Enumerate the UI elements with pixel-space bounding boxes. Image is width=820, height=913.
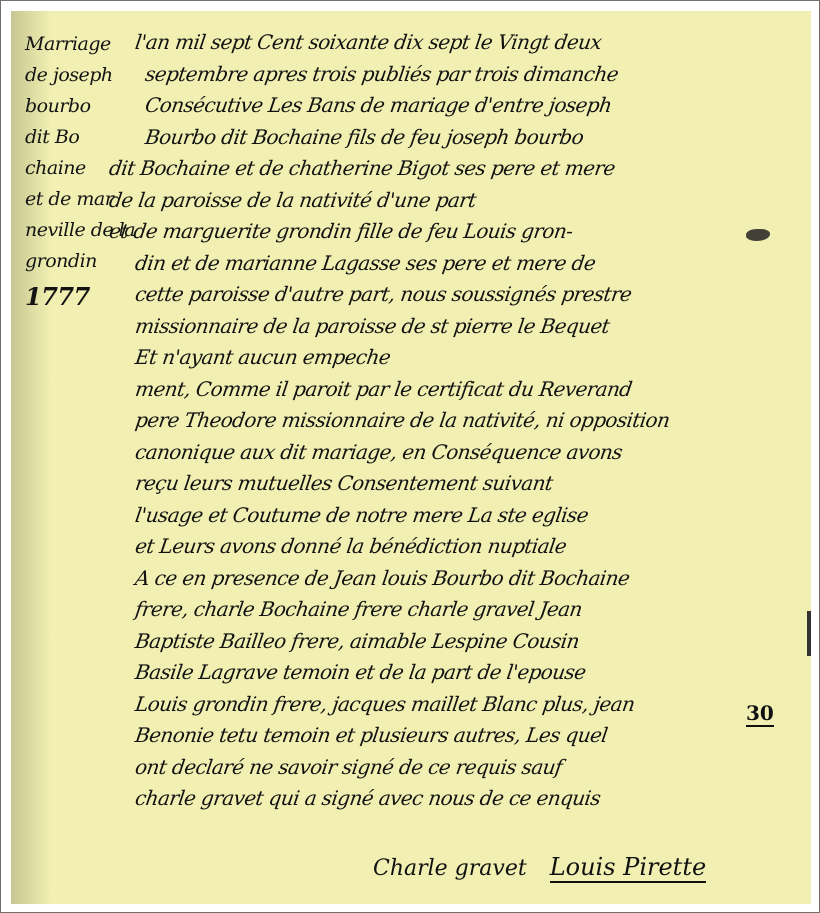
text-line: Bourbo dit Bochaine fils de feu joseph b… (103, 122, 807, 154)
text-line: ment, Comme il paroit par le certificat … (103, 374, 807, 406)
text-line: et Leurs avons donné la bénédiction nupt… (103, 531, 807, 563)
signature-priest: Louis Pirette (550, 853, 706, 883)
text-line: reçu leurs mutuelles Consentement suivan… (103, 468, 807, 500)
page-edge-mark (807, 611, 811, 656)
text-line: Basile Lagrave temoin et de la part de l… (103, 657, 807, 689)
text-line: Consécutive Les Bans de mariage d'entre … (103, 90, 807, 122)
text-line: Baptiste Bailleo frere, aimable Lespine … (103, 626, 807, 658)
text-line: Louis grondin frere, jacques maillet Bla… (103, 689, 807, 721)
text-line: de la paroisse de la nativité d'une part (103, 185, 807, 217)
text-line: missionnaire de la paroisse de st pierre… (103, 311, 807, 343)
text-line: l'usage et Coutume de notre mere La ste … (103, 500, 807, 532)
text-line: Benonie tetu temoin et plusieurs autres,… (103, 720, 807, 752)
record-body: l'an mil sept Cent soixante dix sept le … (103, 27, 803, 815)
text-line: dit Bochaine et de chatherine Bigot ses … (103, 153, 807, 185)
text-line: canonique aux dit mariage, en Conséquenc… (103, 437, 807, 469)
signature-witness: Charle gravet (373, 856, 527, 881)
text-line: et de marguerite grondin fille de feu Lo… (103, 216, 807, 248)
text-line: septembre apres trois publiés par trois … (103, 59, 807, 91)
text-line: cette paroisse d'autre part, nous soussi… (103, 279, 807, 311)
text-line: pere Theodore missionnaire de la nativit… (103, 405, 807, 437)
folio-number: 30 (746, 701, 774, 727)
text-line: ont declaré ne savoir signé de ce requis… (103, 752, 807, 784)
document-frame: Marriage de joseph bourbo dit Bo chaine … (0, 0, 820, 913)
text-line: Et n'ayant aucun empeche (103, 342, 807, 374)
text-line: charle gravet qui a signé avec nous de c… (103, 783, 807, 815)
signature-block: Charle gravet Louis Pirette (373, 853, 706, 883)
text-line: din et de marianne Lagasse ses pere et m… (103, 248, 807, 280)
scanned-page: Marriage de joseph bourbo dit Bo chaine … (11, 11, 811, 904)
text-line: l'an mil sept Cent soixante dix sept le … (103, 27, 807, 59)
text-line: frere, charle Bochaine frere charle grav… (103, 594, 807, 626)
text-line: A ce en presence de Jean louis Bourbo di… (103, 563, 807, 595)
